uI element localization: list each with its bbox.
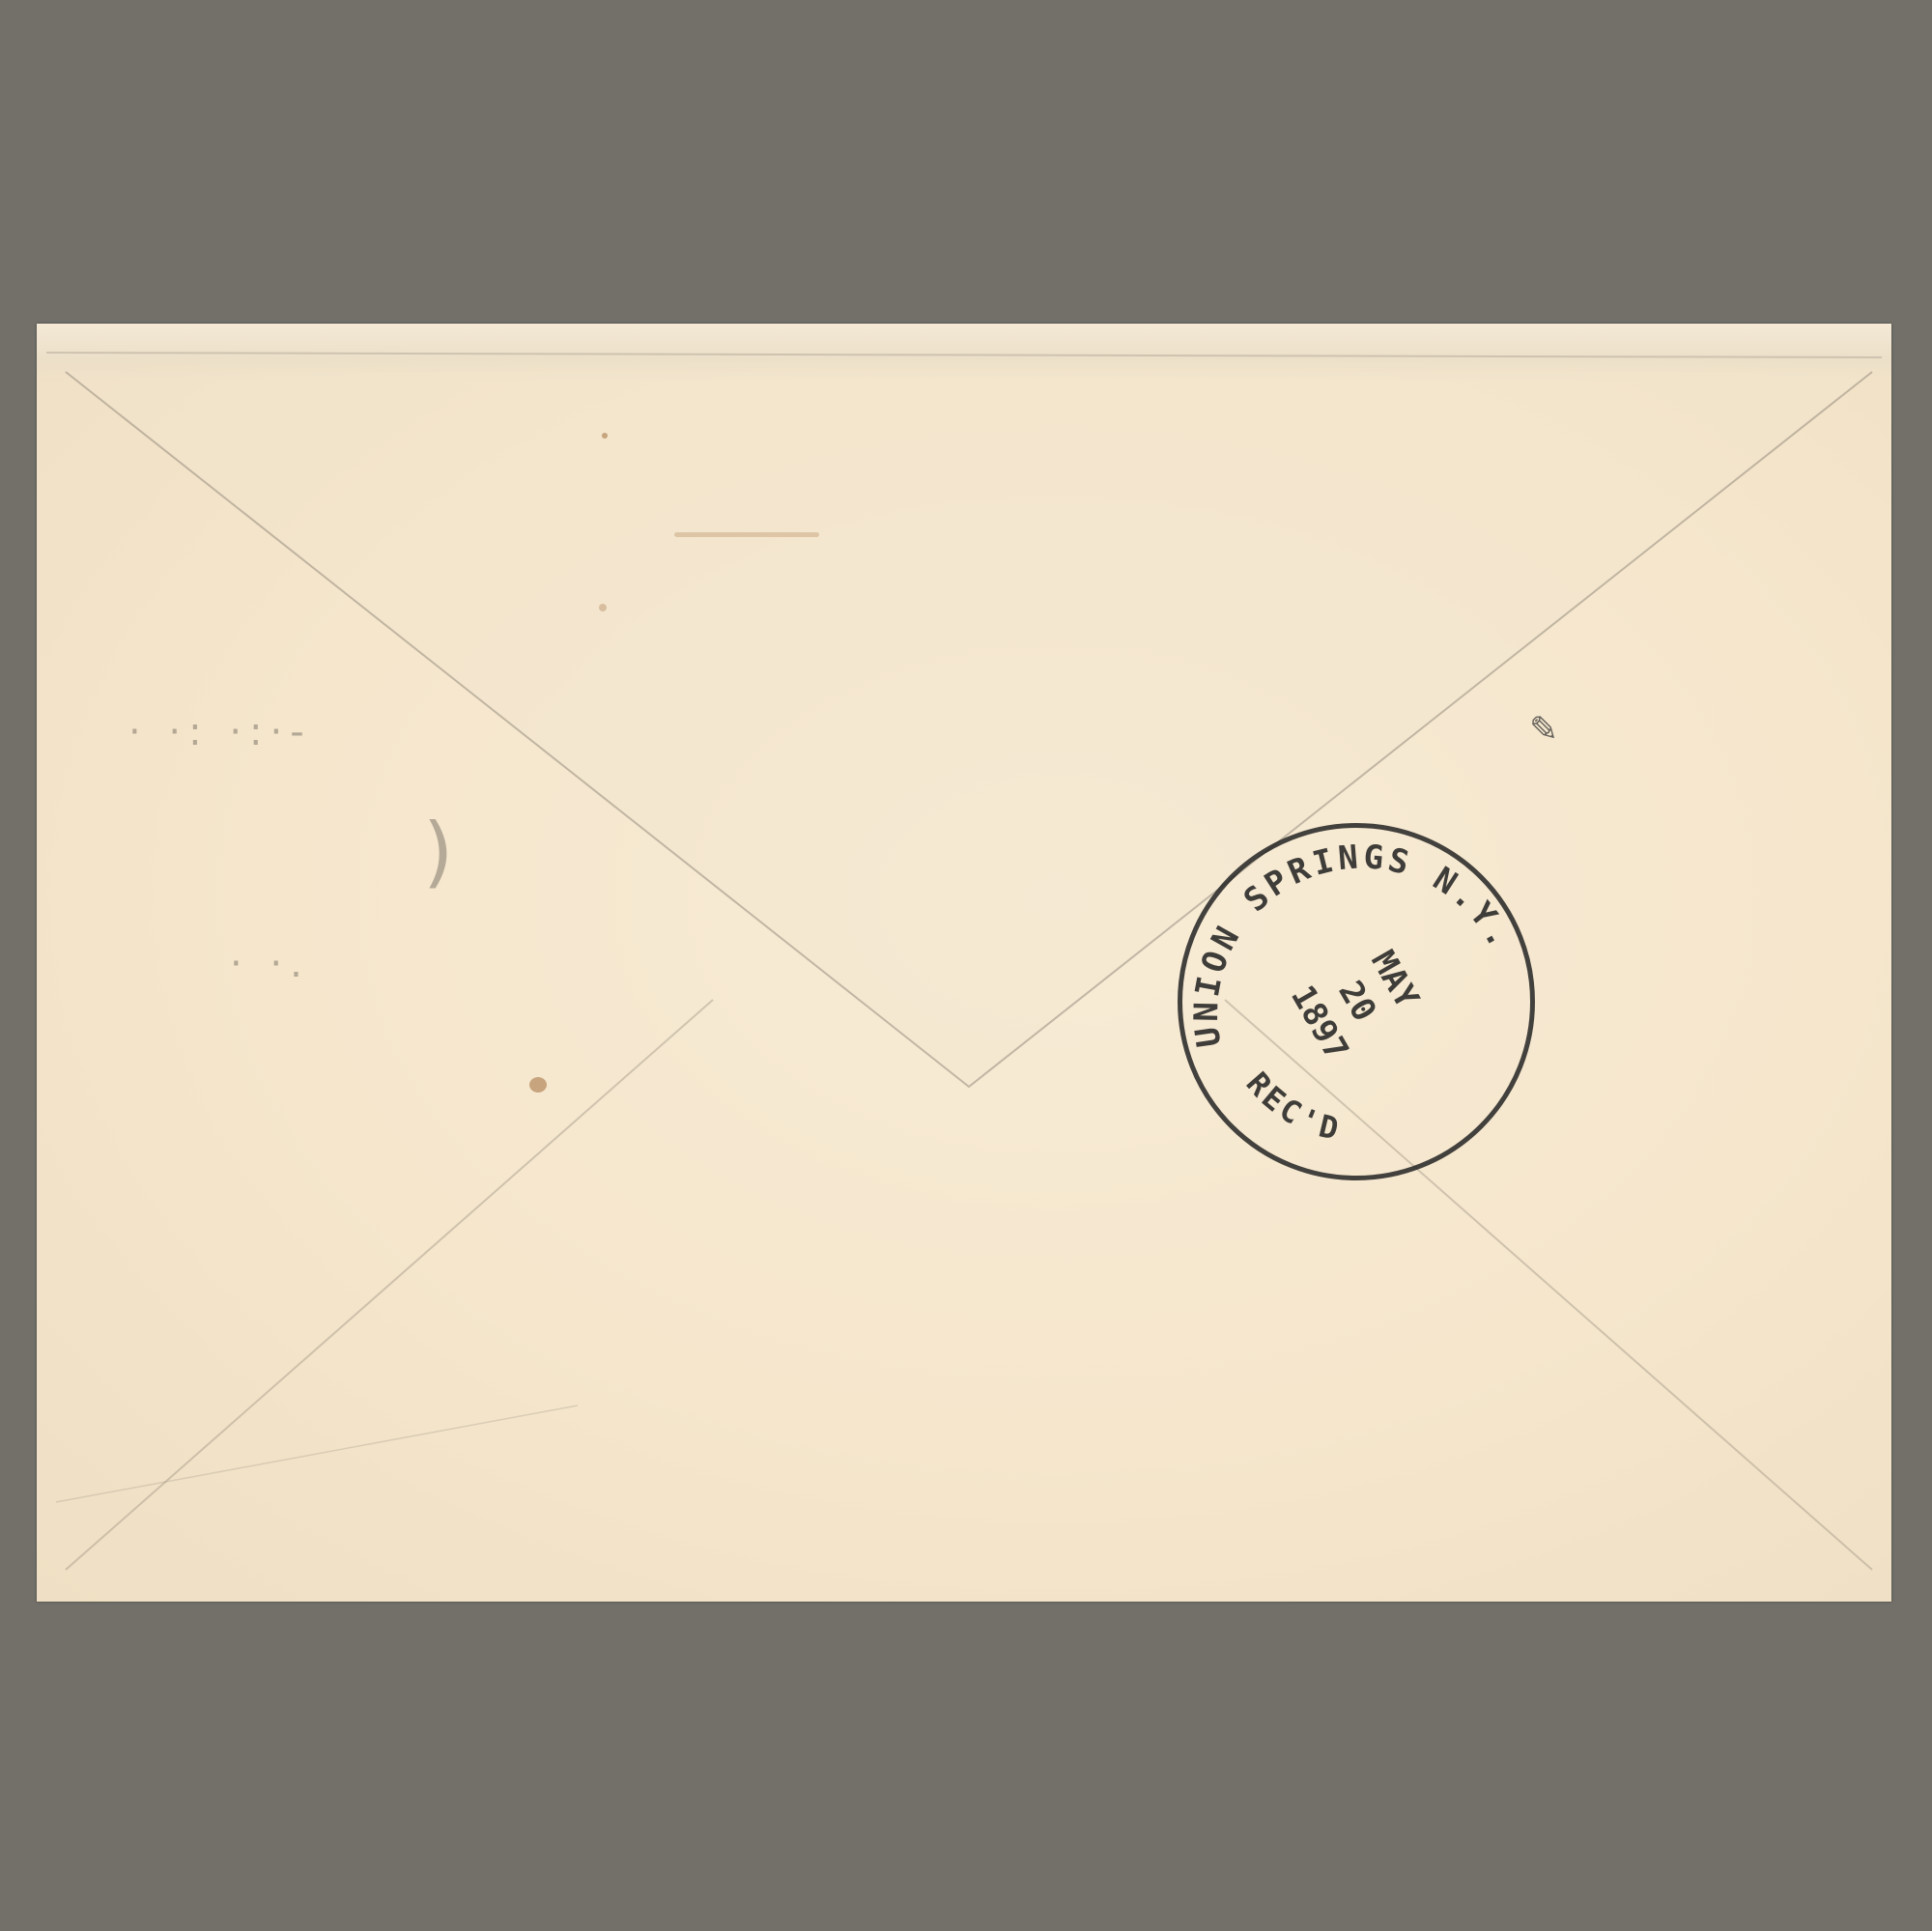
postmark-received: REC'D [1239,1065,1346,1149]
stain-streak [674,532,819,537]
left-showthrough-marks: · ·: ·:·‐ [128,710,312,754]
envelope-flap-folds [37,324,1891,1602]
left-showthrough-marks: · ·. [230,942,310,986]
svg-text:REC'D: REC'D [1239,1065,1346,1149]
left-showthrough-arc: ) [423,807,461,896]
stain-spot [602,433,608,439]
stain-spot [599,604,607,611]
envelope-back: · ·: ·:·‐ · ·. ) ✎ [37,324,1891,1602]
right-ink-smudge: ✎ [1529,710,1566,750]
postmark: UNION SPRINGS N.Y. REC'D MAY 20 1897 [1178,823,1535,1180]
stain-spot [529,1077,547,1093]
postmark-text: UNION SPRINGS N.Y. REC'D MAY 20 1897 [1178,823,1535,1180]
